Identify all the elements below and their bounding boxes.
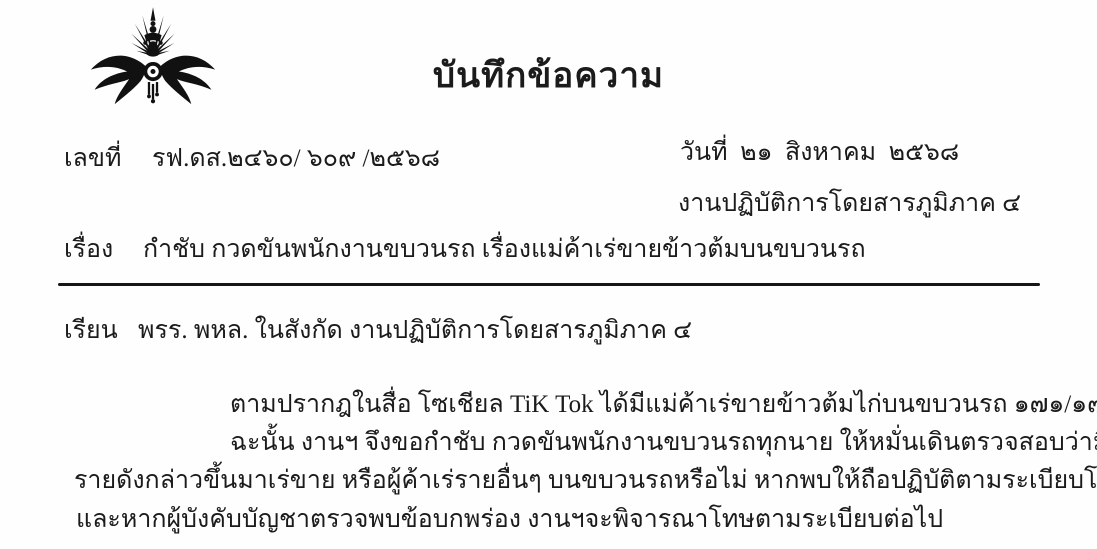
subject-label: เรื่อง [64,229,113,269]
horizontal-divider [58,283,1040,286]
addressee-value: พรร. พหล. ในสังกัด งานปฏิบัติการโดยสารภู… [138,310,692,350]
issuing-unit-line: งานปฏิบัติการโดยสารภูมิภาค ๔ [678,183,1021,223]
body-line: ตามปรากฎในสื่อ โซเชียล TiK Tok ได้มีแม่ค… [230,384,1097,424]
subject-value: กำชับ กวดขันพนักงานขบวนรถ เรื่องแม่ค้าเร… [143,229,866,269]
body-line: ฉะนั้น งานฯ จึงขอกำชับ กวดขันพนักงานขบวน… [230,422,1097,462]
memo-document-page: บันทึกข้อความ เลขที่ รฟ.ดส.๒๔๖๐/ ๖๐๙ /๒๕… [0,0,1097,549]
body-line: และหากผู้บังคับบัญชาตรวจพบข้อบกพร่อง งาน… [76,499,943,539]
addressee-label: เรียน [64,310,118,350]
number-value: รฟ.ดส.๒๔๖๐/ ๖๐๙ /๒๕๖๘ [152,138,440,178]
date-line: วันที่ ๒๑ สิงหาคม ๒๕๖๘ [680,132,959,172]
memo-title: บันทึกข้อความ [0,48,1097,103]
body-line: รายดังกล่าวขึ้นมาเร่ขาย หรือผู้ค้าเร่ราย… [74,460,1097,500]
number-label: เลขที่ [64,138,121,178]
